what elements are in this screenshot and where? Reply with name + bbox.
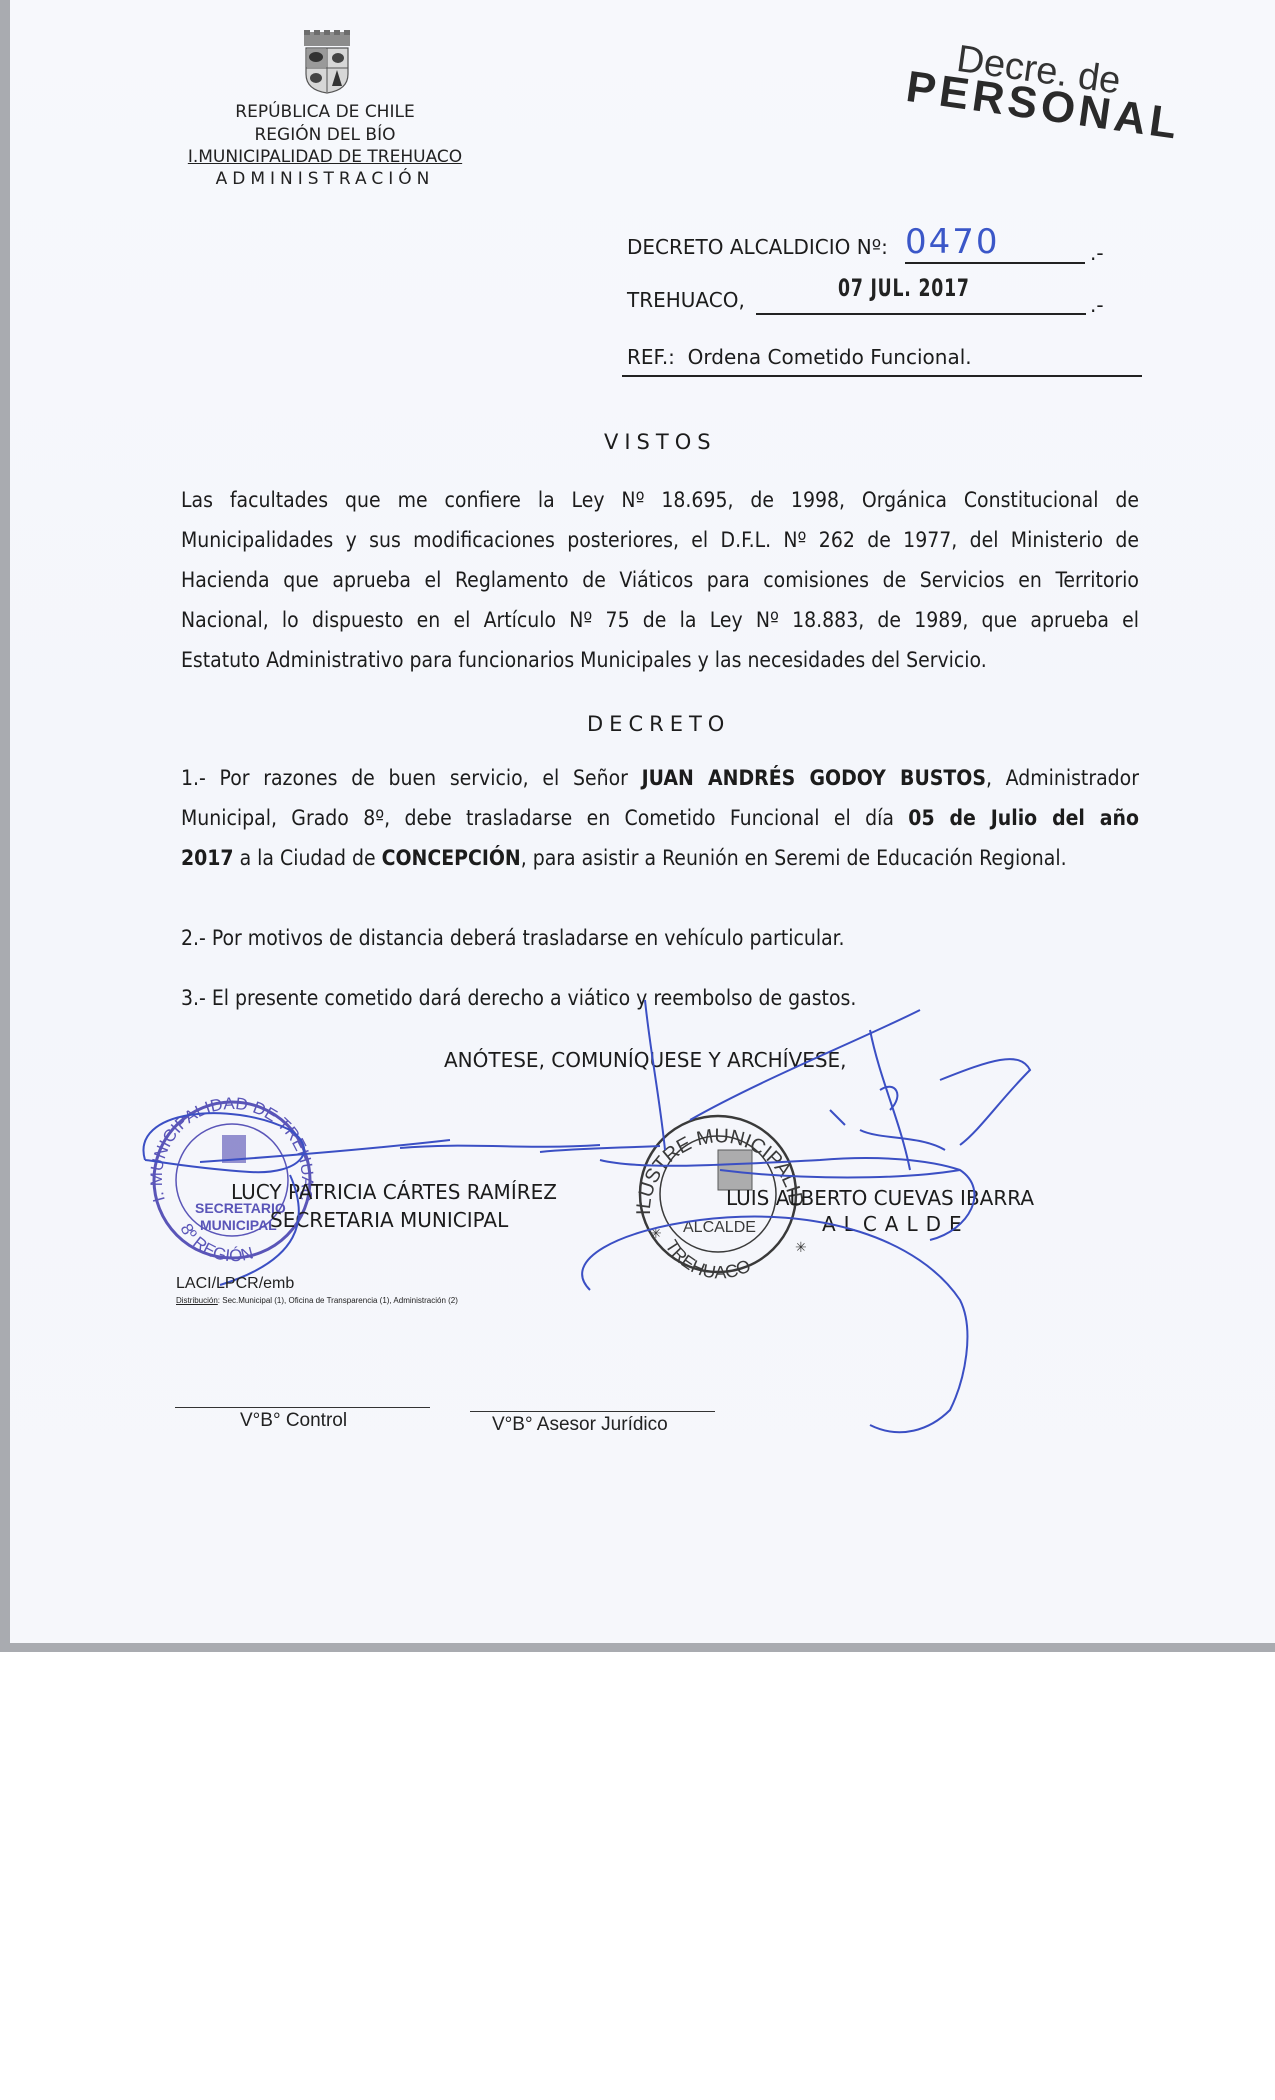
- vistos-heading: VISTOS: [604, 430, 717, 454]
- date-stamp: 07 JUL. 2017: [838, 274, 970, 302]
- text: a la Ciudad de: [234, 846, 382, 870]
- header-republic: REPÚBLICA DE CHILE: [155, 101, 495, 123]
- vistos-line: Municipalidades y sus modificaciones pos…: [181, 520, 1139, 560]
- decree-item-1-line: 1.- Por razones de buen servicio, el Señ…: [181, 758, 1139, 798]
- reference-underline: [622, 375, 1142, 377]
- decree-number-handwritten: 0470: [905, 222, 1000, 262]
- text: 1.- Por razones de buen servicio, el Señ…: [181, 766, 642, 790]
- trip-date: 05 de Julio del año: [908, 806, 1139, 830]
- vistos-paragraph: Las facultades que me confiere la Ley Nº…: [181, 480, 1139, 680]
- distribution-label: Distribución: [176, 1296, 218, 1305]
- decree-item-1-line: 2017 a la Ciudad de CONCEPCIÓN, para asi…: [181, 838, 1139, 878]
- secretary-name: LUCY PATRICIA CÁRTES RAMÍREZ: [231, 1180, 557, 1204]
- decree-number-suffix: .-: [1090, 241, 1104, 265]
- vistos-line: Estatuto Administrativo para funcionario…: [181, 640, 1139, 680]
- closing-formula: ANÓTESE, COMUNÍQUESE Y ARCHÍVESE,: [444, 1048, 847, 1072]
- vb-juridico-label: V°B° Asesor Jurídico: [492, 1414, 668, 1436]
- initials: LACI/LPCR/emb: [176, 1275, 294, 1293]
- vistos-line: Hacienda que aprueba el Reglamento de Vi…: [181, 560, 1139, 600]
- destination-city: CONCEPCIÓN: [382, 846, 521, 870]
- decree-item-3: 3.- El presente cometido dará derecho a …: [181, 978, 856, 1018]
- date-suffix: .-: [1090, 293, 1104, 317]
- header-department: ADMINISTRACIÓN: [155, 168, 495, 190]
- decree-item-1: 1.- Por razones de buen servicio, el Señ…: [181, 758, 1139, 878]
- vistos-line: Nacional, lo dispuesto en el Artículo Nº…: [181, 600, 1139, 640]
- mayor-title: ALCALDE: [822, 1212, 970, 1236]
- header-region: REGIÓN DEL BÍO: [155, 124, 495, 146]
- header-municipality: I.MUNICIPALIDAD DE TREHUACO: [155, 146, 495, 168]
- vistos-line: Las facultades que me confiere la Ley Nº…: [181, 480, 1139, 520]
- decree-number-underline: [905, 262, 1085, 264]
- trip-year: 2017: [181, 846, 234, 870]
- decree-item-2: 2.- Por motivos de distancia deberá tras…: [181, 918, 845, 958]
- mayor-name: LUIS ALBERTO CUEVAS IBARRA: [726, 1186, 1034, 1210]
- reference-label: REF.:: [627, 345, 675, 369]
- reference-value: Ordena Cometido Funcional.: [688, 345, 972, 369]
- vb-control-line: [175, 1407, 430, 1408]
- vb-juridico-line: [470, 1411, 715, 1412]
- official-name: JUAN ANDRÉS GODOY BUSTOS: [642, 766, 986, 790]
- municipal-coat-of-arms-icon: [296, 30, 358, 94]
- distribution-text: : Sec.Municipal (1), Oficina de Transpar…: [218, 1296, 458, 1305]
- decree-item-1-line: Municipal, Grado 8º, debe trasladarse en…: [181, 798, 1139, 838]
- decree-number-label: DECRETO ALCALDICIO Nº:: [627, 235, 888, 259]
- secretary-title: SECRETARIA MUNICIPAL: [270, 1208, 508, 1232]
- reference: REF.: Ordena Cometido Funcional.: [627, 345, 972, 369]
- text: , para asistir a Reunión en Seremi de Ed…: [521, 846, 1067, 870]
- decreto-heading: DECRETO: [587, 712, 730, 736]
- date-underline: [756, 313, 1086, 315]
- text: , Administrador: [986, 766, 1139, 790]
- text: Municipal, Grado 8º, debe trasladarse en…: [181, 806, 908, 830]
- place-label: TREHUACO,: [627, 288, 745, 312]
- vb-control-label: V°B° Control: [240, 1410, 347, 1432]
- distribution: Distribución: Sec.Municipal (1), Oficina…: [176, 1296, 458, 1305]
